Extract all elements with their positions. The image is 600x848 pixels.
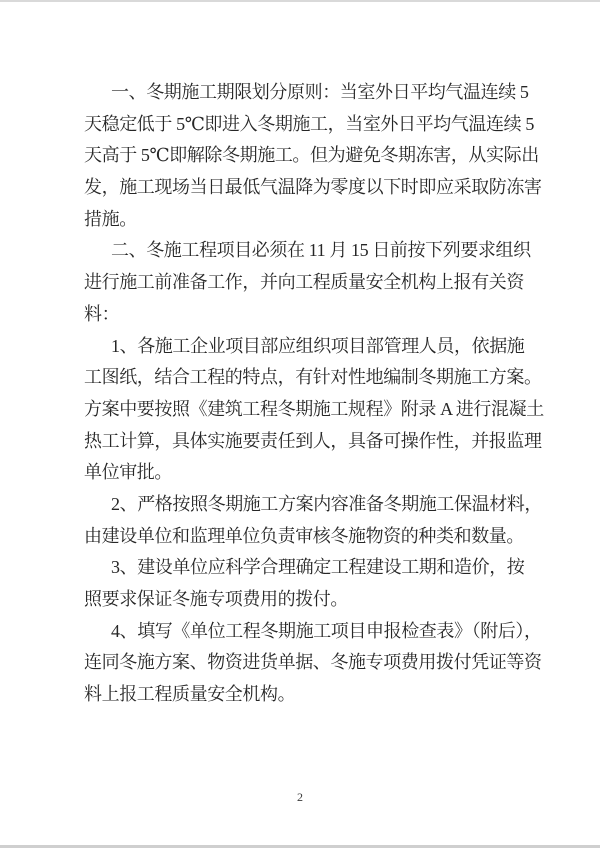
text-line: 热工计算，具体实施要责任到人，具备可操作性，并报监理 bbox=[84, 426, 522, 458]
paragraph: 二、冬施工程项目必须在 11 月 15 日前按下列要求组织进行施工前准备工作，并… bbox=[84, 235, 522, 330]
text-line: 照要求保证冬施专项费用的拨付。 bbox=[84, 584, 522, 616]
paragraph: 3、建设单位应科学合理确定工程建设工期和造价，按照要求保证冬施专项费用的拨付。 bbox=[84, 552, 522, 615]
paragraph: 2、严格按照冬期施工方案内容准备冬期施工保温材料，由建设单位和监理单位负责审核冬… bbox=[84, 489, 522, 552]
text-line: 二、冬施工程项目必须在 11 月 15 日前按下列要求组织 bbox=[84, 235, 522, 267]
text-line: 料： bbox=[84, 299, 522, 331]
text-line: 工图纸，结合工程的特点，有针对性地编制冬期施工方案。 bbox=[84, 362, 522, 394]
paragraph: 一、冬期施工期限划分原则：当室外日平均气温连续 5天稳定低于 5℃即进入冬期施工… bbox=[84, 77, 522, 235]
text-line: 一、冬期施工期限划分原则：当室外日平均气温连续 5 bbox=[84, 77, 522, 109]
text-line: 2、严格按照冬期施工方案内容准备冬期施工保温材料， bbox=[84, 489, 522, 521]
text-line: 1、各施工企业项目部应组织项目部管理人员，依据施 bbox=[84, 331, 522, 363]
paragraph: 1、各施工企业项目部应组织项目部管理人员，依据施工图纸，结合工程的特点，有针对性… bbox=[84, 331, 522, 489]
document-body: 一、冬期施工期限划分原则：当室外日平均气温连续 5天稳定低于 5℃即进入冬期施工… bbox=[84, 77, 522, 711]
page-number: 2 bbox=[0, 790, 600, 804]
text-line: 方案中要按照《建筑工程冬期施工规程》附录 A 进行混凝土 bbox=[84, 394, 522, 426]
paragraph: 4、填写《单位工程冬期施工项目申报检查表》（附后），连同冬施方案、物资进货单据、… bbox=[84, 616, 522, 711]
text-line: 进行施工前准备工作，并向工程质量安全机构上报有关资 bbox=[84, 267, 522, 299]
text-line: 单位审批。 bbox=[84, 457, 522, 489]
text-line: 天稳定低于 5℃即进入冬期施工，当室外日平均气温连续 5 bbox=[84, 109, 522, 141]
text-line: 天高于 5℃即解除冬期施工。但为避免冬期冻害，从实际出 bbox=[84, 140, 522, 172]
text-line: 4、填写《单位工程冬期施工项目申报检查表》（附后）， bbox=[84, 616, 522, 648]
text-line: 由建设单位和监理单位负责审核冬施物资的种类和数量。 bbox=[84, 521, 522, 553]
text-line: 发，施工现场当日最低气温降为零度以下时即应采取防冻害 bbox=[84, 172, 522, 204]
text-line: 连同冬施方案、物资进货单据、冬施专项费用拨付凭证等资 bbox=[84, 647, 522, 679]
scan-edge-top bbox=[0, 0, 600, 2]
text-line: 3、建设单位应科学合理确定工程建设工期和造价，按 bbox=[84, 552, 522, 584]
text-line: 料上报工程质量安全机构。 bbox=[84, 679, 522, 711]
text-line: 措施。 bbox=[84, 204, 522, 236]
